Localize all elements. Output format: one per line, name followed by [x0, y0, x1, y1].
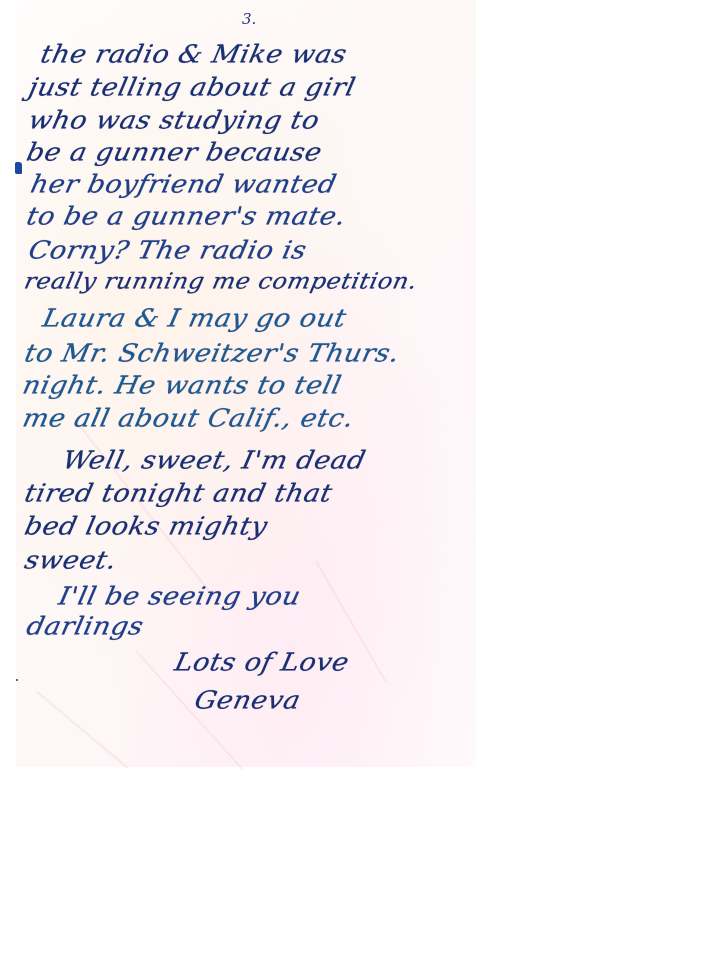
- letter-line: the radio & Mike was: [38, 40, 350, 69]
- letter-line: sweet.: [22, 546, 119, 575]
- paper-speck: [16, 679, 18, 681]
- letter-line: bed looks mighty: [22, 512, 270, 541]
- letter-signature: Geneva: [192, 686, 303, 715]
- letter-line: tired tonight and that: [22, 479, 335, 508]
- letter-line: Well, sweet, I'm dead: [60, 446, 368, 475]
- letter-line: me all about Calif., etc.: [20, 404, 356, 433]
- letter-line: to be a gunner's mate.: [24, 202, 349, 231]
- letter-line: to Mr. Schweitzer's Thurs.: [22, 339, 402, 368]
- letter-closing: Lots of Love: [172, 648, 352, 677]
- letter-line: darlings: [24, 612, 146, 641]
- ink-blot: [15, 162, 22, 174]
- letter-line: Laura & I may go out: [40, 304, 349, 333]
- letter-line: be a gunner because: [24, 138, 325, 167]
- letter-line: night. He wants to tell: [20, 371, 344, 400]
- letter-line: really running me competition.: [22, 268, 420, 294]
- letter-line: just telling about a girl: [26, 73, 358, 102]
- letter-line: her boyfriend wanted: [28, 170, 339, 199]
- letter-line: Corny? The radio is: [26, 236, 309, 265]
- letter-paper: 3. the radio & Mike was just telling abo…: [16, 0, 476, 767]
- letter-body: the radio & Mike was just telling about …: [16, 0, 476, 767]
- letter-line: who was studying to: [26, 106, 322, 135]
- letter-line: I'll be seeing you: [56, 582, 303, 611]
